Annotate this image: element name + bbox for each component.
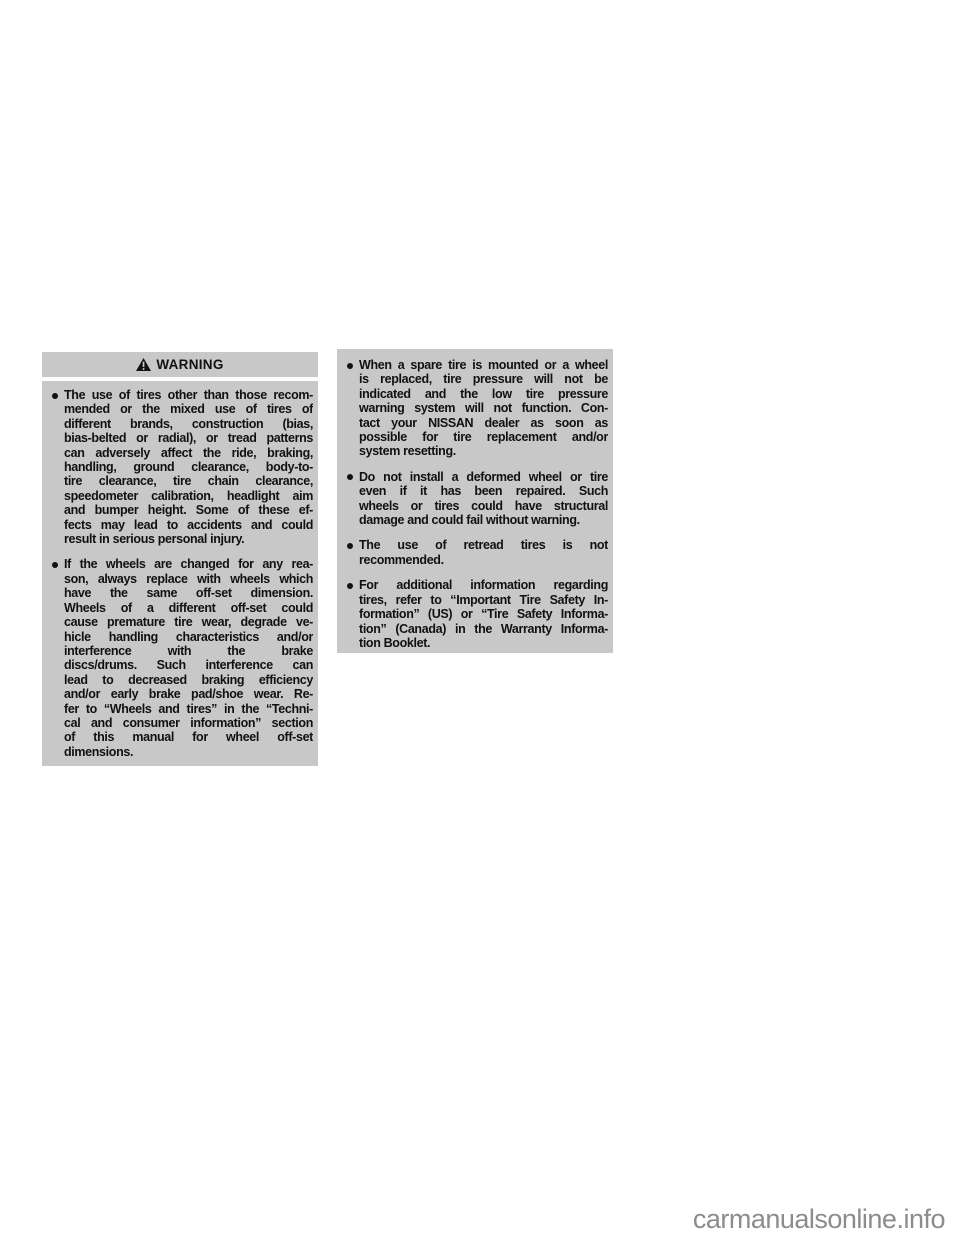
- text-line: interference with the brake: [64, 644, 313, 658]
- text-line: son, always replace with wheels which: [64, 572, 313, 586]
- warning-header: WARNING: [42, 352, 318, 377]
- text-line: tact your NISSAN dealer as soon as: [359, 416, 608, 430]
- bullet-dot-icon: [347, 363, 353, 369]
- text-line: warning system will not function. Con-: [359, 401, 608, 415]
- text-line: lead to decreased braking efficiency: [64, 673, 313, 687]
- text-line: handling, ground clearance, body-to-: [64, 460, 313, 474]
- bullet-dot-icon: [347, 583, 353, 589]
- text-line: tire clearance, tire chain clearance,: [64, 474, 313, 488]
- text-line: speedometer calibration, headlight aim: [64, 489, 313, 503]
- text-line: hicle handling characteristics and/or: [64, 630, 313, 644]
- text-line: tion” (Canada) in the Warranty Informa-: [359, 622, 608, 636]
- text-line: The use of retread tires is not: [359, 538, 608, 552]
- warning-title: WARNING: [156, 357, 223, 372]
- text-line: different brands, construction (bias,: [64, 417, 313, 431]
- warning-box-body: The use of tires other than those recom-…: [42, 381, 318, 759]
- bullet-item: The use of retread tires is notrecommend…: [347, 538, 608, 567]
- info-box-body: When a spare tire is mounted or a wheeli…: [337, 349, 613, 650]
- text-line: When a spare tire is mounted or a wheel: [359, 358, 608, 372]
- info-box: When a spare tire is mounted or a wheeli…: [337, 349, 613, 653]
- text-line: fects may lead to accidents and could: [64, 518, 313, 532]
- text-line: Wheels of a different off-set could: [64, 601, 313, 615]
- text-line: tion Booklet.: [359, 636, 608, 650]
- text-line: damage and could fail without warning.: [359, 513, 608, 527]
- text-line: wheels or tires could have structural: [359, 499, 608, 513]
- text-line: The use of tires other than those recom-: [64, 388, 313, 402]
- text-line: For additional information regarding: [359, 578, 608, 592]
- warning-box: WARNING The use of tires other than thos…: [42, 352, 318, 766]
- bullet-dot-icon: [347, 543, 353, 549]
- watermark-text: carmanualsonline.info: [693, 1204, 945, 1235]
- text-line: recommended.: [359, 553, 608, 567]
- text-line: indicated and the low tire pressure: [359, 387, 608, 401]
- text-line: If the wheels are changed for any rea-: [64, 557, 313, 571]
- bullet-dot-icon: [52, 393, 58, 399]
- text-line: formation” (US) or “Tire Safety Informa-: [359, 607, 608, 621]
- text-line: and bumper height. Some of these ef-: [64, 503, 313, 517]
- text-line: cause premature tire wear, degrade ve-: [64, 615, 313, 629]
- text-line: discs/drums. Such interference can: [64, 658, 313, 672]
- text-line: of this manual for wheel off-set: [64, 730, 313, 744]
- text-line: even if it has been repaired. Such: [359, 484, 608, 498]
- bullet-item: When a spare tire is mounted or a wheeli…: [347, 358, 608, 459]
- text-line: possible for tire replacement and/or: [359, 430, 608, 444]
- text-line: is replaced, tire pressure will not be: [359, 372, 608, 386]
- text-line: cal and consumer information” section: [64, 716, 313, 730]
- manual-page: WARNING The use of tires other than thos…: [0, 0, 960, 1242]
- text-line: have the same off-set dimension.: [64, 586, 313, 600]
- text-line: mended or the mixed use of tires of: [64, 402, 313, 416]
- text-line: fer to “Wheels and tires” in the “Techni…: [64, 702, 313, 716]
- bullet-item: If the wheels are changed for any rea-so…: [52, 557, 313, 759]
- bullet-item: Do not install a deformed wheel or tiree…: [347, 470, 608, 528]
- text-line: tires, refer to “Important Tire Safety I…: [359, 593, 608, 607]
- warning-triangle-icon: [136, 358, 151, 371]
- text-line: and/or early brake pad/shoe wear. Re-: [64, 687, 313, 701]
- text-line: can adversely affect the ride, braking,: [64, 446, 313, 460]
- text-line: system resetting.: [359, 444, 608, 458]
- text-line: Do not install a deformed wheel or tire: [359, 470, 608, 484]
- bullet-dot-icon: [52, 562, 58, 568]
- text-line: dimensions.: [64, 745, 313, 759]
- bullet-item: The use of tires other than those recom-…: [52, 388, 313, 546]
- text-line: result in serious personal injury.: [64, 532, 313, 546]
- bullet-dot-icon: [347, 474, 353, 480]
- bullet-item: For additional information regardingtire…: [347, 578, 608, 650]
- text-line: bias-belted or radial), or tread pattern…: [64, 431, 313, 445]
